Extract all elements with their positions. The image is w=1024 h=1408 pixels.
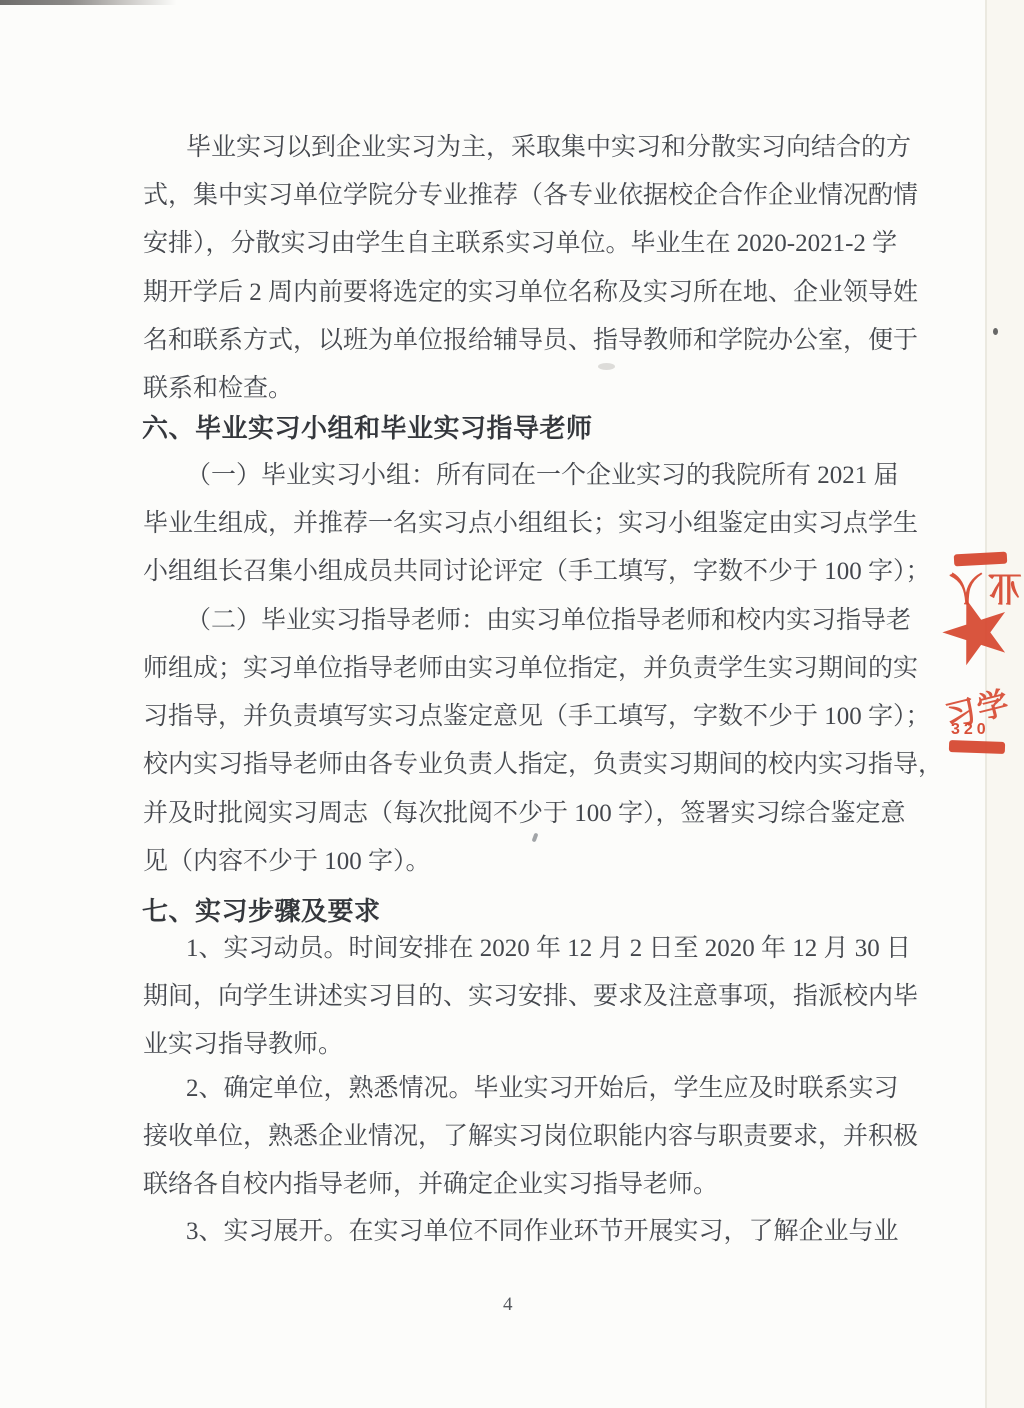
stamp-bottom-bar [949,740,1005,754]
stamp-top-bar [954,552,1008,567]
intro-line: 名和联系方式，以班为单位报给辅导员、指导教师和学院办公室，便于 [143,324,918,358]
section6-item2-line: 习指导，并负责填写实习点鉴定意见（手工填写，字数不少于 100 字）； [143,700,931,734]
section7-step1-line: 业实习指导教师。 [143,1028,343,1062]
section6-item1-line: （一）毕业实习小组：所有同在一个企业实习的我院所有 2021 届 [186,459,899,493]
section7-step2-line: 联络各自校内指导老师，并确定企业实习指导老师。 [143,1168,718,1202]
section7-step2-line: 接收单位，熟悉企业情况，了解实习岗位职能内容与职责要求，并积极 [143,1120,918,1154]
section7-step2-line: 2、确定单位，熟悉情况。毕业实习开始后，学生应及时联系实习 [186,1072,899,1106]
page-number: 4 [503,1294,513,1316]
stamp-number: 320 [951,721,990,739]
section6-item2-line: 并及时批阅实习周志（每次批阅不少于 100 字），签署实习综合鉴定意 [143,797,906,831]
scan-speck [598,363,615,370]
section6-item2-line: 校内实习指导老师由各专业负责人指定，负责实习期间的校内实习指导， [143,748,943,782]
section6-item2-line: 师组成；实习单位指导老师由实习单位指定，并负责学生实习期间的实 [143,652,918,686]
intro-line: 联系和检查。 [143,372,293,406]
intro-line: 期开学后 2 周内前要将选定的实习单位名称及实习所在地、企业领导姓 [143,276,918,310]
intro-line: 安排），分散实习由学生自主联系实习单位。毕业生在 2020-2021-2 学 [143,227,897,261]
section7-step3-line: 3、实习展开。在实习单位不同作业环节开展实习，了解企业与业 [186,1215,899,1249]
section-6-heading: 六、毕业实习小组和毕业实习指导老师 [142,410,593,446]
intro-line: 式，集中实习单位学院分专业推荐（各专业依据校企合作企业情况酌情 [143,179,918,213]
section6-item1-line: 毕业生组成，并推荐一名实习点小组组长；实习小组鉴定由实习点学生 [143,507,918,541]
scan-speck [532,833,539,843]
document-page: 毕业实习以到企业实习为主，采取集中实习和分散实习向结合的方 式，集中实习单位学院… [0,0,1024,1408]
section6-item2-line: （二）毕业实习指导老师：由实习单位指导老师和校内实习指导老 [186,604,911,638]
intro-line: 毕业实习以到企业实习为主，采取集中实习和分散实习向结合的方 [186,131,911,165]
section7-step1-line: 1、实习动员。时间安排在 2020 年 12 月 2 日至 2020 年 12 … [186,932,911,966]
scan-speck [993,328,998,335]
section-7-heading: 七、实习步骤及要求 [142,893,381,929]
scan-artifact-streak [0,0,196,5]
section6-item1-line: 小组组长召集小组成员共同讨论评定（手工填写，字数不少于 100 字）； [143,555,931,589]
section7-step1-line: 期间，向学生讲述实习目的、实习安排、要求及注意事项，指派校内毕 [143,980,918,1014]
section6-item2-line: 见（内容不少于 100 字）。 [143,845,431,879]
official-seal-stamp: 人业 ★ 习学 320 [936,544,1024,758]
